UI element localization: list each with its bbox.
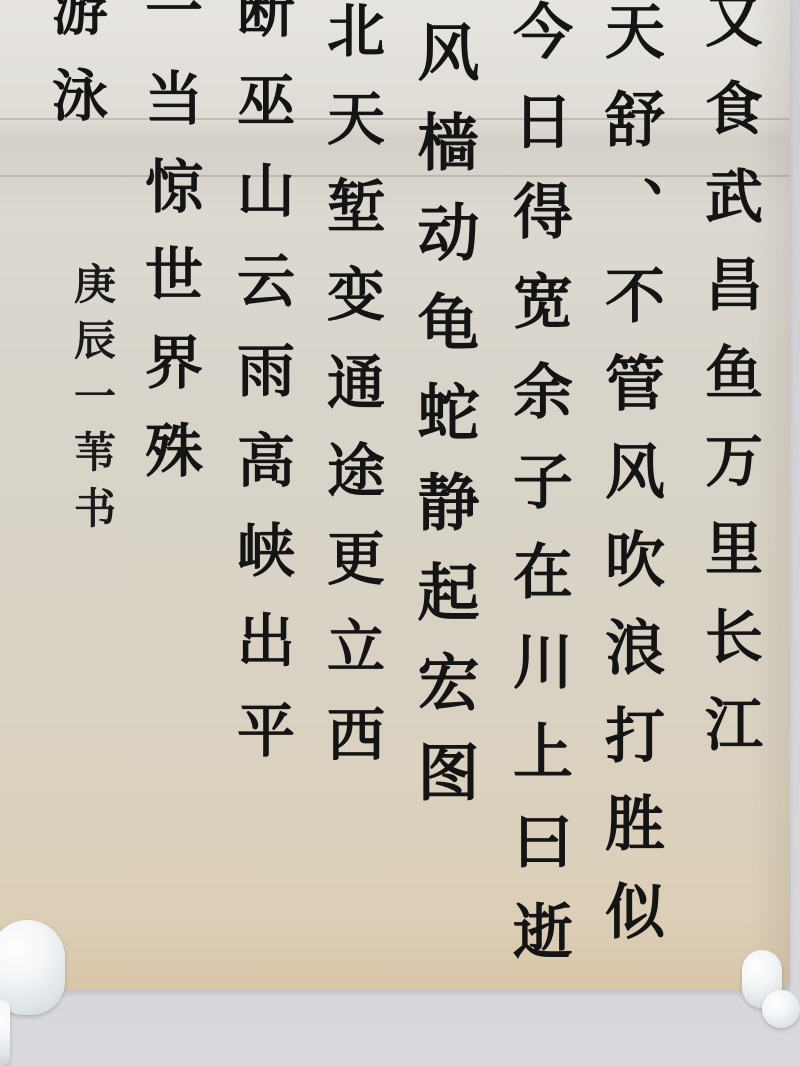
calligraphy-column-6: 断巫山云雨高峡出平 [232, 0, 290, 790]
calligraphy-column-4: 风樯动龟蛇静起宏图 [412, 20, 474, 830]
ceramic-weight-left-stem [0, 1000, 10, 1066]
calligraphy-column-2: 天舒、不管风吹浪打胜似 [600, 0, 660, 968]
ceramic-weight-right-knob [762, 990, 800, 1028]
artist-signature: 庚辰一苇书 [62, 262, 122, 542]
calligraphy-column-5: 北天堑变通途更立西 [322, 0, 380, 792]
calligraphy-column-1: 又食武昌鱼万里长江 [700, 0, 758, 782]
calligraphy-column-7: 一当惊世界殊 [140, 0, 198, 508]
calligraphy-scroll: 又食武昌鱼万里长江 天舒、不管风吹浪打胜似 今日得宽余子在川上曰逝 风樯动龟蛇静… [0, 0, 790, 990]
paper-fold-line [0, 175, 790, 177]
paper-fold-line [0, 118, 790, 120]
calligraphy-column-3: 今日得宽余子在川上曰逝 [508, 0, 568, 990]
calligraphy-column-8: 游泳 [48, 0, 104, 152]
ceramic-weight-left [0, 920, 65, 1015]
